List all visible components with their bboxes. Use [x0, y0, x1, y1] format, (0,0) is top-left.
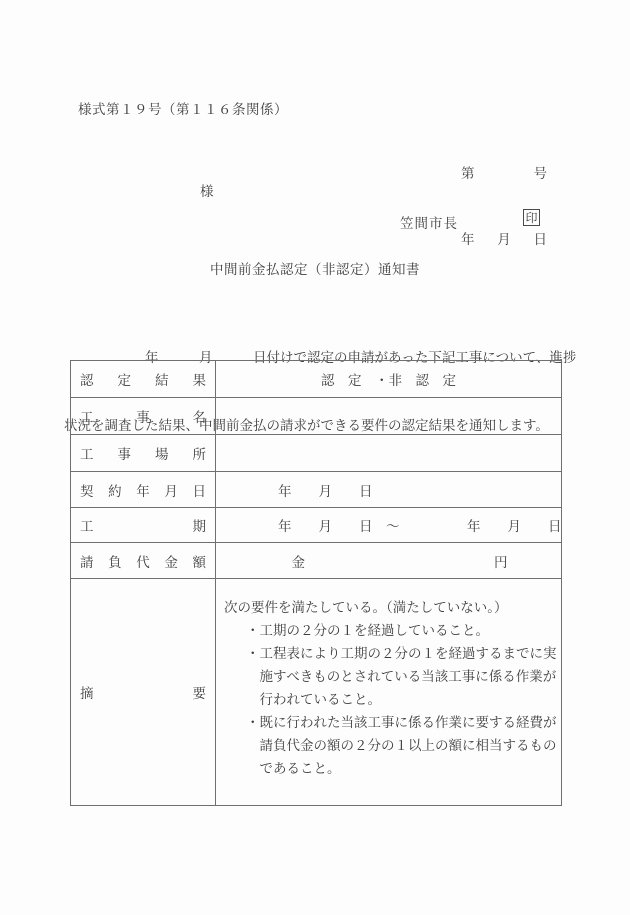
remarks-cell: 次の要件を満たしている。（満たしていない。） ・工期の２分の１を経過していること…	[216, 579, 562, 806]
row-label: 摘要	[80, 682, 206, 702]
table-row: 工期 年 月 日 ～ 年 月 日	[71, 508, 562, 543]
row-label-cell: 契約年月日	[71, 472, 216, 508]
row-label-cell: 工期	[71, 508, 216, 543]
remarks-intro: 次の要件を満たしている。（満たしていない。）	[224, 596, 559, 619]
document-title: 中間前金払認定（非認定）通知書	[0, 258, 630, 278]
row-value-cell	[216, 435, 562, 472]
date-line: 年月日	[461, 229, 547, 251]
table-row: 認定結果 認 定 ・非 認 定	[71, 361, 562, 398]
table-row: 契約年月日 年 月 日	[71, 472, 562, 508]
row-label: 工期	[80, 515, 206, 535]
form-number: 様式第１９号（第１１６条関係）	[78, 98, 288, 118]
remarks-item: ・既に行われた当該工事に係る作業に要する経費が請負代金の額の２分の１以上の額に相…	[246, 711, 559, 780]
table-row: 請負代金額 金 円	[71, 543, 562, 579]
row-label-cell: 工事名	[71, 398, 216, 435]
table-row: 摘要 次の要件を満たしている。（満たしていない。） ・工期の２分の１を経過してい…	[71, 579, 562, 806]
certification-table: 認定結果 認 定 ・非 認 定 工事名 工事場所 契約年月日 年 月 日 工期	[70, 360, 562, 806]
row-label: 工事名	[80, 406, 206, 426]
table-row: 工事名	[71, 398, 562, 435]
remarks-item: ・工程表により工期の２分の１を経過するまでに実施すべきものとされている当該工事に…	[246, 642, 559, 711]
remarks-list: ・工期の２分の１を経過していること。 ・工程表により工期の２分の１を経過するまで…	[246, 619, 559, 780]
row-label: 工事場所	[80, 443, 206, 463]
row-label: 請負代金額	[80, 551, 206, 571]
table-row: 工事場所	[71, 435, 562, 472]
row-label: 契約年月日	[80, 480, 206, 500]
row-label: 認定結果	[80, 369, 206, 389]
sender-name: 笠間市長	[400, 212, 458, 232]
row-value-cell: 年 月 日	[216, 472, 562, 508]
row-value-cell: 認 定 ・非 認 定	[216, 361, 562, 398]
row-label-cell: 摘要	[71, 579, 216, 806]
document-number-line: 第号	[461, 163, 547, 185]
row-label-cell: 請負代金額	[71, 543, 216, 579]
seal-character: 印	[525, 212, 537, 224]
seal-mark: 印	[523, 209, 540, 226]
row-value-cell: 年 月 日 ～ 年 月 日	[216, 508, 562, 543]
addressee-suffix: 様	[200, 180, 214, 200]
row-label-cell: 認定結果	[71, 361, 216, 398]
row-value-cell: 金 円	[216, 543, 562, 579]
row-value-cell	[216, 398, 562, 435]
document-page: 様式第１９号（第１１６条関係） 第号 年月日 様 笠間市長 印 中間前金払認定（…	[0, 0, 630, 915]
remarks-item: ・工期の２分の１を経過していること。	[246, 619, 559, 642]
row-label-cell: 工事場所	[71, 435, 216, 472]
